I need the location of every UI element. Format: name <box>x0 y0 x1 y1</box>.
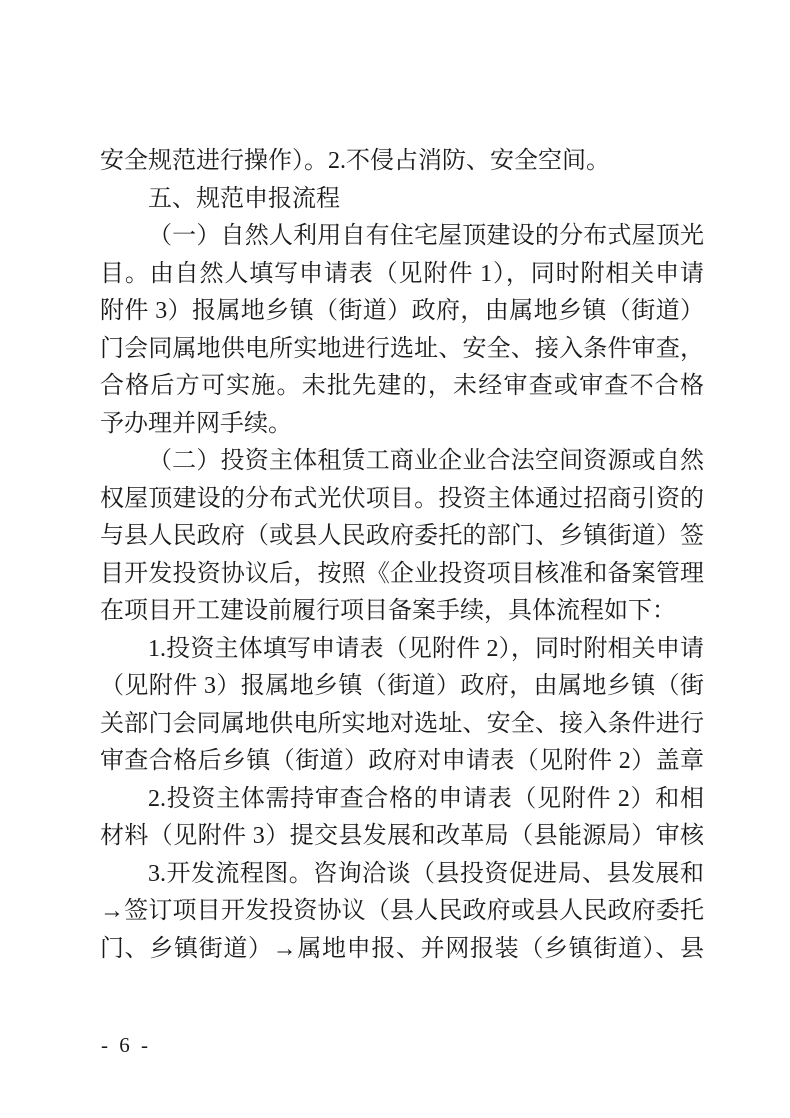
text-line: （二）投资主体租赁工商业企业合法空间资源或自然人产 <box>100 443 704 481</box>
text-line: （见附件 3）报属地乡镇（街道）政府，由属地乡镇（街道）相 <box>100 668 704 706</box>
text-line: 予办理并网手续。 <box>100 406 704 444</box>
document-body: 安全规范进行操作）。2.不侵占消防、安全空间。五、规范申报流程（一）自然人利用自… <box>100 143 704 968</box>
text-line: （一）自然人利用自有住宅屋顶建设的分布式屋顶光伏项 <box>100 218 704 256</box>
text-line: →签订项目开发投资协议（县人民政府或县人民政府委托的部 <box>100 893 704 931</box>
text-line: 在项目开工建设前履行项目备案手续，具体流程如下： <box>100 593 704 631</box>
document-page: 安全规范进行操作）。2.不侵占消防、安全空间。五、规范申报流程（一）自然人利用自… <box>0 0 790 1118</box>
text-line: 五、规范申报流程 <box>100 181 704 219</box>
text-line: 门、乡镇街道）→属地申报、并网报装（乡镇街道）、县供电局） <box>100 931 704 969</box>
text-line: 2.投资主体需持审查合格的申请表（见附件 2）和相关申请 <box>100 781 704 819</box>
text-line: 材料（见附件 3）提交县发展和改革局（县能源局）审核备案。 <box>100 818 704 856</box>
text-line: 3.开发流程图。咨询洽谈（县投资促进局、县发展和改革局） <box>100 856 704 894</box>
text-line: 关部门会同属地供电所实地对选址、安全、接入条件进行审查， <box>100 706 704 744</box>
text-line: 权屋顶建设的分布式光伏项目。投资主体通过招商引资的方式 <box>100 481 704 519</box>
text-line: 目开发投资协议后，按照《企业投资项目核准和备案管理办法》 <box>100 556 704 594</box>
text-line: 附件 3）报属地乡镇（街道）政府，由属地乡镇（街道）相关部 <box>100 293 704 331</box>
text-line: 合格后方可实施。未批先建的，未经审查或审查不合格的，不 <box>100 368 704 406</box>
text-line: 与县人民政府（或县人民政府委托的部门、乡镇街道）签订项 <box>100 518 704 556</box>
page-number: - 6 - <box>101 1031 151 1059</box>
text-line: 安全规范进行操作）。2.不侵占消防、安全空间。 <box>100 143 704 181</box>
text-line: 审查合格后乡镇（街道）政府对申请表（见附件 2）盖章确认。 <box>100 743 704 781</box>
text-line: 目。由自然人填写申请表（见附件 1），同时附相关申请材料（见 <box>100 256 704 294</box>
text-line: 门会同属地供电所实地进行选址、安全、接入条件审查，审查 <box>100 331 704 369</box>
text-line: 1.投资主体填写申请表（见附件 2），同时附相关申请材料 <box>100 631 704 669</box>
